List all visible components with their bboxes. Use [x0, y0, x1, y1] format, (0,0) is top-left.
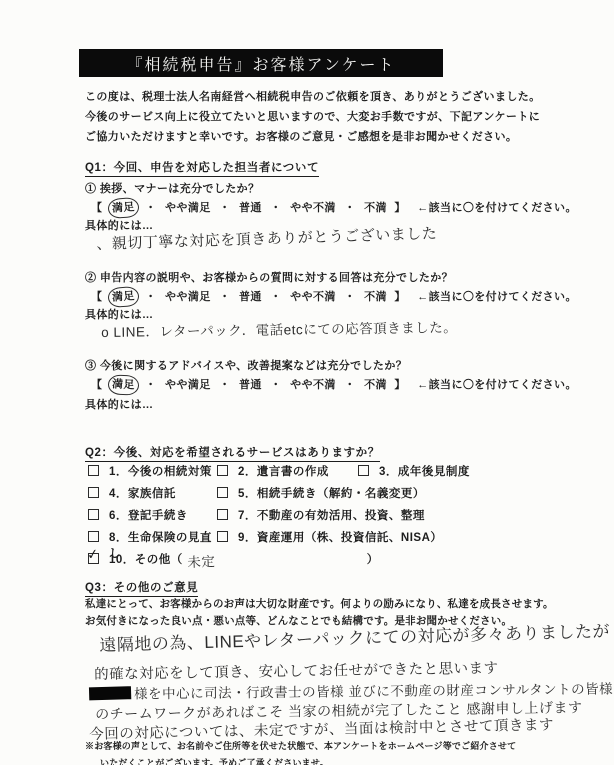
circled-number-2: ②: [85, 272, 96, 284]
bracket-open: 【: [91, 202, 102, 214]
option: 不満: [364, 379, 387, 391]
q2-row: 4．家族信託 5．相続手続き（解約・名義変更）: [88, 485, 558, 501]
q1-item1-question: ① 挨拶、マナーは充分でしたか？: [85, 180, 259, 196]
bracket-open: 【: [91, 291, 102, 303]
q1-heading: Q1：今回、申告を対応した担当者について: [85, 159, 319, 177]
handwritten-answer-2: o LINE．レターパック．電話etcにての応答頂きました。: [101, 316, 457, 341]
instruction-note: ←該当に〇を付けてください。: [417, 202, 577, 214]
option-separator: ・: [344, 291, 355, 303]
option-selected-circle: 満足: [107, 286, 139, 308]
checkbox-item-10: ✓ 10．その他（ 未定 ）: [88, 551, 379, 571]
option-separator: ・: [344, 202, 355, 214]
bracket-open: 【: [91, 379, 102, 391]
checkbox-item-7: 7．不動産の有効活用、投資、整理: [217, 507, 425, 523]
q1-item3-options: 【 満足 ・ やや満足 ・ 普通 ・ やや不満 ・ 不満 】 ←該当に〇を付けて…: [87, 376, 577, 393]
checkbox-icon: [88, 487, 99, 498]
checkbox-item-3: 3．成年後見制度: [358, 463, 470, 479]
checkbox-icon: [88, 509, 99, 520]
q2-row: ✓ 10．その他（ 未定 ）: [88, 551, 558, 571]
q1-item1-options: 【 満足 ・ やや満足 ・ 普通 ・ やや不満 ・ 不満 】 ←該当に〇を付けて…: [87, 199, 577, 216]
q3-heading: Q3：その他のご意見: [85, 579, 198, 597]
checkbox-icon: [358, 465, 369, 476]
detail-label: 具体的には…: [85, 396, 153, 412]
option-separator: ・: [270, 291, 281, 303]
survey-scan-page: 『相続税申告』お客様アンケート この度は、税理士法人名南経営へ相続税申告のご依頼…: [0, 0, 614, 765]
option: やや満足: [165, 202, 211, 214]
q3-lead-line: 私達にとって、お客様からのお声は大切な財産です。何よりの励みになり、私達を成長さ…: [85, 596, 554, 611]
form-title: 『相続税申告』お客様アンケート: [126, 52, 395, 75]
option-separator: ・: [145, 202, 156, 214]
option: 普通: [239, 379, 262, 391]
instruction-note: ←該当に〇を付けてください。: [417, 291, 577, 303]
circled-number-1: ①: [85, 183, 96, 195]
bracket-close: 】: [394, 202, 405, 214]
option-separator: ・: [344, 379, 355, 391]
option-separator: ・: [270, 202, 281, 214]
q1-item3-question: ③ 今後に関するアドバイスや、改善提案などは充分でしたか？: [85, 357, 407, 373]
option-selected-circle: 満足: [107, 197, 139, 219]
checkbox-icon-checked: ✓: [88, 553, 99, 564]
checkbox-icon: [88, 465, 99, 476]
option-separator: ・: [270, 379, 281, 391]
q2-row: 6．登記手続き 7．不動産の有効活用、投資、整理: [88, 507, 558, 523]
checkbox-icon: [88, 531, 99, 542]
option: 不満: [364, 202, 387, 214]
option: 不満: [364, 291, 387, 303]
q2-heading: Q2：今後、対応を希望されるサービスはありますか？: [85, 444, 380, 462]
checkbox-icon: [217, 465, 228, 476]
intro-line: ご協力いただけますと幸いです。お客様のご意見・ご感想を是非お聞かせください。: [85, 127, 545, 147]
checkbox-item-4: 4．家族信託: [88, 485, 217, 501]
instruction-note: ←該当に〇を付けてください。: [417, 379, 577, 391]
option-separator: ・: [145, 291, 156, 303]
checkbox-item-2: 2．遺言書の作成: [217, 463, 358, 479]
form-title-bar: 『相続税申告』お客様アンケート: [79, 49, 443, 77]
intro-line: 今後のサービス向上に役立てたいと思いますので、大変お手数ですが、下記アンケートに: [85, 107, 545, 127]
intro-paragraph: この度は、税理士法人名南経営へ相続税申告のご依頼を頂き、ありがとうございました。…: [85, 87, 545, 147]
checkbox-icon: [217, 531, 228, 542]
option-separator: ・: [219, 202, 230, 214]
checkbox-item-9: 9．資産運用（株、投資信託、NISA）: [217, 529, 442, 545]
q2-row: 1．今後の相続対策 2．遺言書の作成 3．成年後見制度: [88, 463, 558, 479]
q1-item2-options: 【 満足 ・ やや満足 ・ 普通 ・ やや不満 ・ 不満 】 ←該当に〇を付けて…: [87, 288, 577, 305]
bracket-close: 】: [394, 291, 405, 303]
checkbox-item-5: 5．相続手続き（解約・名義変更）: [217, 485, 425, 501]
option: やや満足: [165, 379, 211, 391]
option-separator: ・: [219, 291, 230, 303]
option-separator: ・: [145, 379, 156, 391]
intro-line: この度は、税理士法人名南経営へ相続税申告のご依頼を頂き、ありがとうございました。: [85, 87, 545, 107]
checkbox-item-6: 6．登記手続き: [88, 507, 217, 523]
circled-number-3: ③: [85, 360, 96, 372]
checkbox-icon: [217, 487, 228, 498]
option: 普通: [239, 291, 262, 303]
checkbox-item-1: 1．今後の相続対策: [88, 463, 217, 479]
check-mark: ✓: [86, 545, 100, 563]
footer-note-line: ※お客様の声として、お名前やご住所等を伏せた状態で、本アンケートをホームページ等…: [85, 739, 516, 752]
option: やや不満: [290, 291, 336, 303]
option-selected-circle: 満足: [107, 374, 139, 396]
option-separator: ・: [219, 379, 230, 391]
footer-note-line: いただくことがございます。予めご了承くださいませ。: [100, 756, 329, 765]
q1-item2-question: ② 申告内容の説明や、お客様からの質問に対する回答は充分でしたか？: [85, 269, 453, 285]
checkbox-icon: [217, 509, 228, 520]
option: やや満足: [165, 291, 211, 303]
closing-paren: ）: [367, 551, 379, 567]
bracket-close: 】: [394, 379, 405, 391]
option: やや不満: [290, 379, 336, 391]
handwritten-other-fill: 未定: [187, 550, 216, 571]
option: 普通: [239, 202, 262, 214]
redacted-name-box: [89, 686, 131, 700]
option: やや不満: [290, 202, 336, 214]
